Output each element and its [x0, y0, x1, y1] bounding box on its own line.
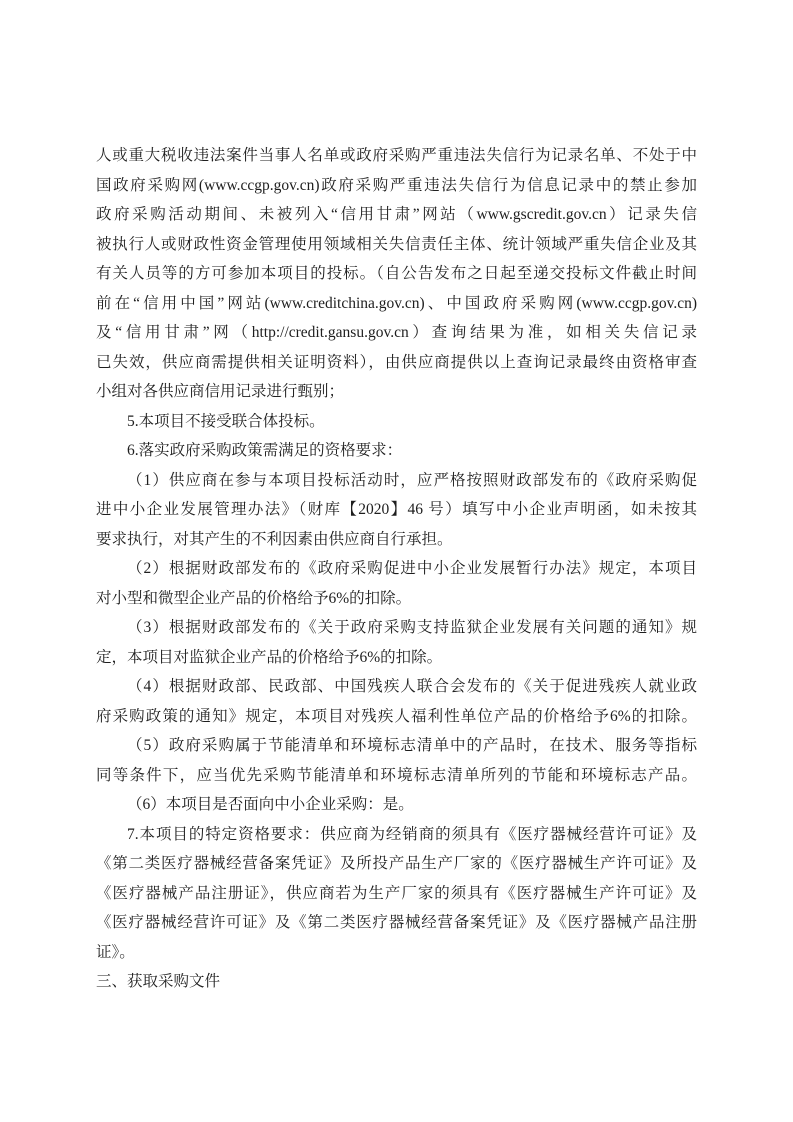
text-line: 6.落实政府采购政策需满足的资格要求：: [96, 436, 697, 466]
text-line: （2）根据财政部发布的《政府采购促进中小企业发展暂行办法》规定，本项目: [96, 554, 697, 584]
text-line: 《医疗器械产品注册证》，供应商若为生产厂家的须具有《医疗器械生产许可证》及: [96, 879, 697, 909]
text-line: 人或重大税收违法案件当事人名单或政府采购严重违法失信行为记录名单、不处于中: [96, 141, 697, 171]
text-line: 国政府采购网(www.ccgp.gov.cn)政府采购严重违法失信行为信息记录中…: [96, 171, 697, 201]
text-line: 有关人员等的方可参加本项目的投标。（自公告发布之日起至递交投标文件截止时间: [96, 259, 697, 289]
text-line: 前在“信用中国”网站(www.creditchina.gov.cn)、中国政府采…: [96, 289, 697, 319]
text-line: 定，本项目对监狱企业产品的价格给予6%的扣除。: [96, 643, 697, 673]
text-line: 同等条件下，应当优先采购节能清单和环境标志清单所列的节能和环境标志产品。: [96, 761, 697, 791]
text-line: 已失效，供应商需提供相关证明资料），由供应商提供以上查询记录最终由资格审查: [96, 348, 697, 378]
text-column: 人或重大税收违法案件当事人名单或政府采购严重违法失信行为记录名单、不处于中国政府…: [96, 141, 697, 997]
text-line: 府采购政策的通知》规定，本项目对残疾人福利性单位产品的价格给予6%的扣除。: [96, 702, 697, 732]
text-line: 7.本项目的特定资格要求：供应商为经销商的须具有《医疗器械经营许可证》及: [96, 820, 697, 850]
text-line: 5.本项目不接受联合体投标。: [96, 407, 697, 437]
text-line: （5）政府采购属于节能清单和环境标志清单中的产品时，在技术、服务等指标: [96, 731, 697, 761]
text-line: （6）本项目是否面向中小企业采购：是。: [96, 790, 697, 820]
text-line: 《第二类医疗器械经营备案凭证》及所投产品生产厂家的《医疗器械生产许可证》及: [96, 849, 697, 879]
text-line: （1）供应商在参与本项目投标活动时，应严格按照财政部发布的《政府采购促: [96, 466, 697, 496]
text-line: 及“信用甘肃”网（http://credit.gansu.gov.cn）查询结果…: [96, 318, 697, 348]
text-line: （4）根据财政部、民政部、中国残疾人联合会发布的《关于促进残疾人就业政: [96, 672, 697, 702]
text-line: 《医疗器械经营许可证》及《第二类医疗器械经营备案凭证》及《医疗器械产品注册: [96, 908, 697, 938]
text-line: 政府采购活动期间、未被列入“信用甘肃”网站（www.gscredit.gov.c…: [96, 200, 697, 230]
text-line: （3）根据财政部发布的《关于政府采购支持监狱企业发展有关问题的通知》规: [96, 613, 697, 643]
text-line: 要求执行，对其产生的不利因素由供应商自行承担。: [96, 525, 697, 555]
text-line: 三、获取采购文件: [96, 967, 697, 997]
text-line: 被执行人或财政性资金管理使用领域相关失信责任主体、统计领域严重失信企业及其: [96, 230, 697, 260]
text-line: 证》。: [96, 938, 697, 968]
text-line: 进中小企业发展管理办法》（财库【2020】46 号）填写中小企业声明函，如未按其: [96, 495, 697, 525]
document-page: 人或重大税收违法案件当事人名单或政府采购严重违法失信行为记录名单、不处于中国政府…: [0, 0, 793, 1122]
text-line: 对小型和微型企业产品的价格给予6%的扣除。: [96, 584, 697, 614]
text-line: 小组对各供应商信用记录进行甄别；: [96, 377, 697, 407]
